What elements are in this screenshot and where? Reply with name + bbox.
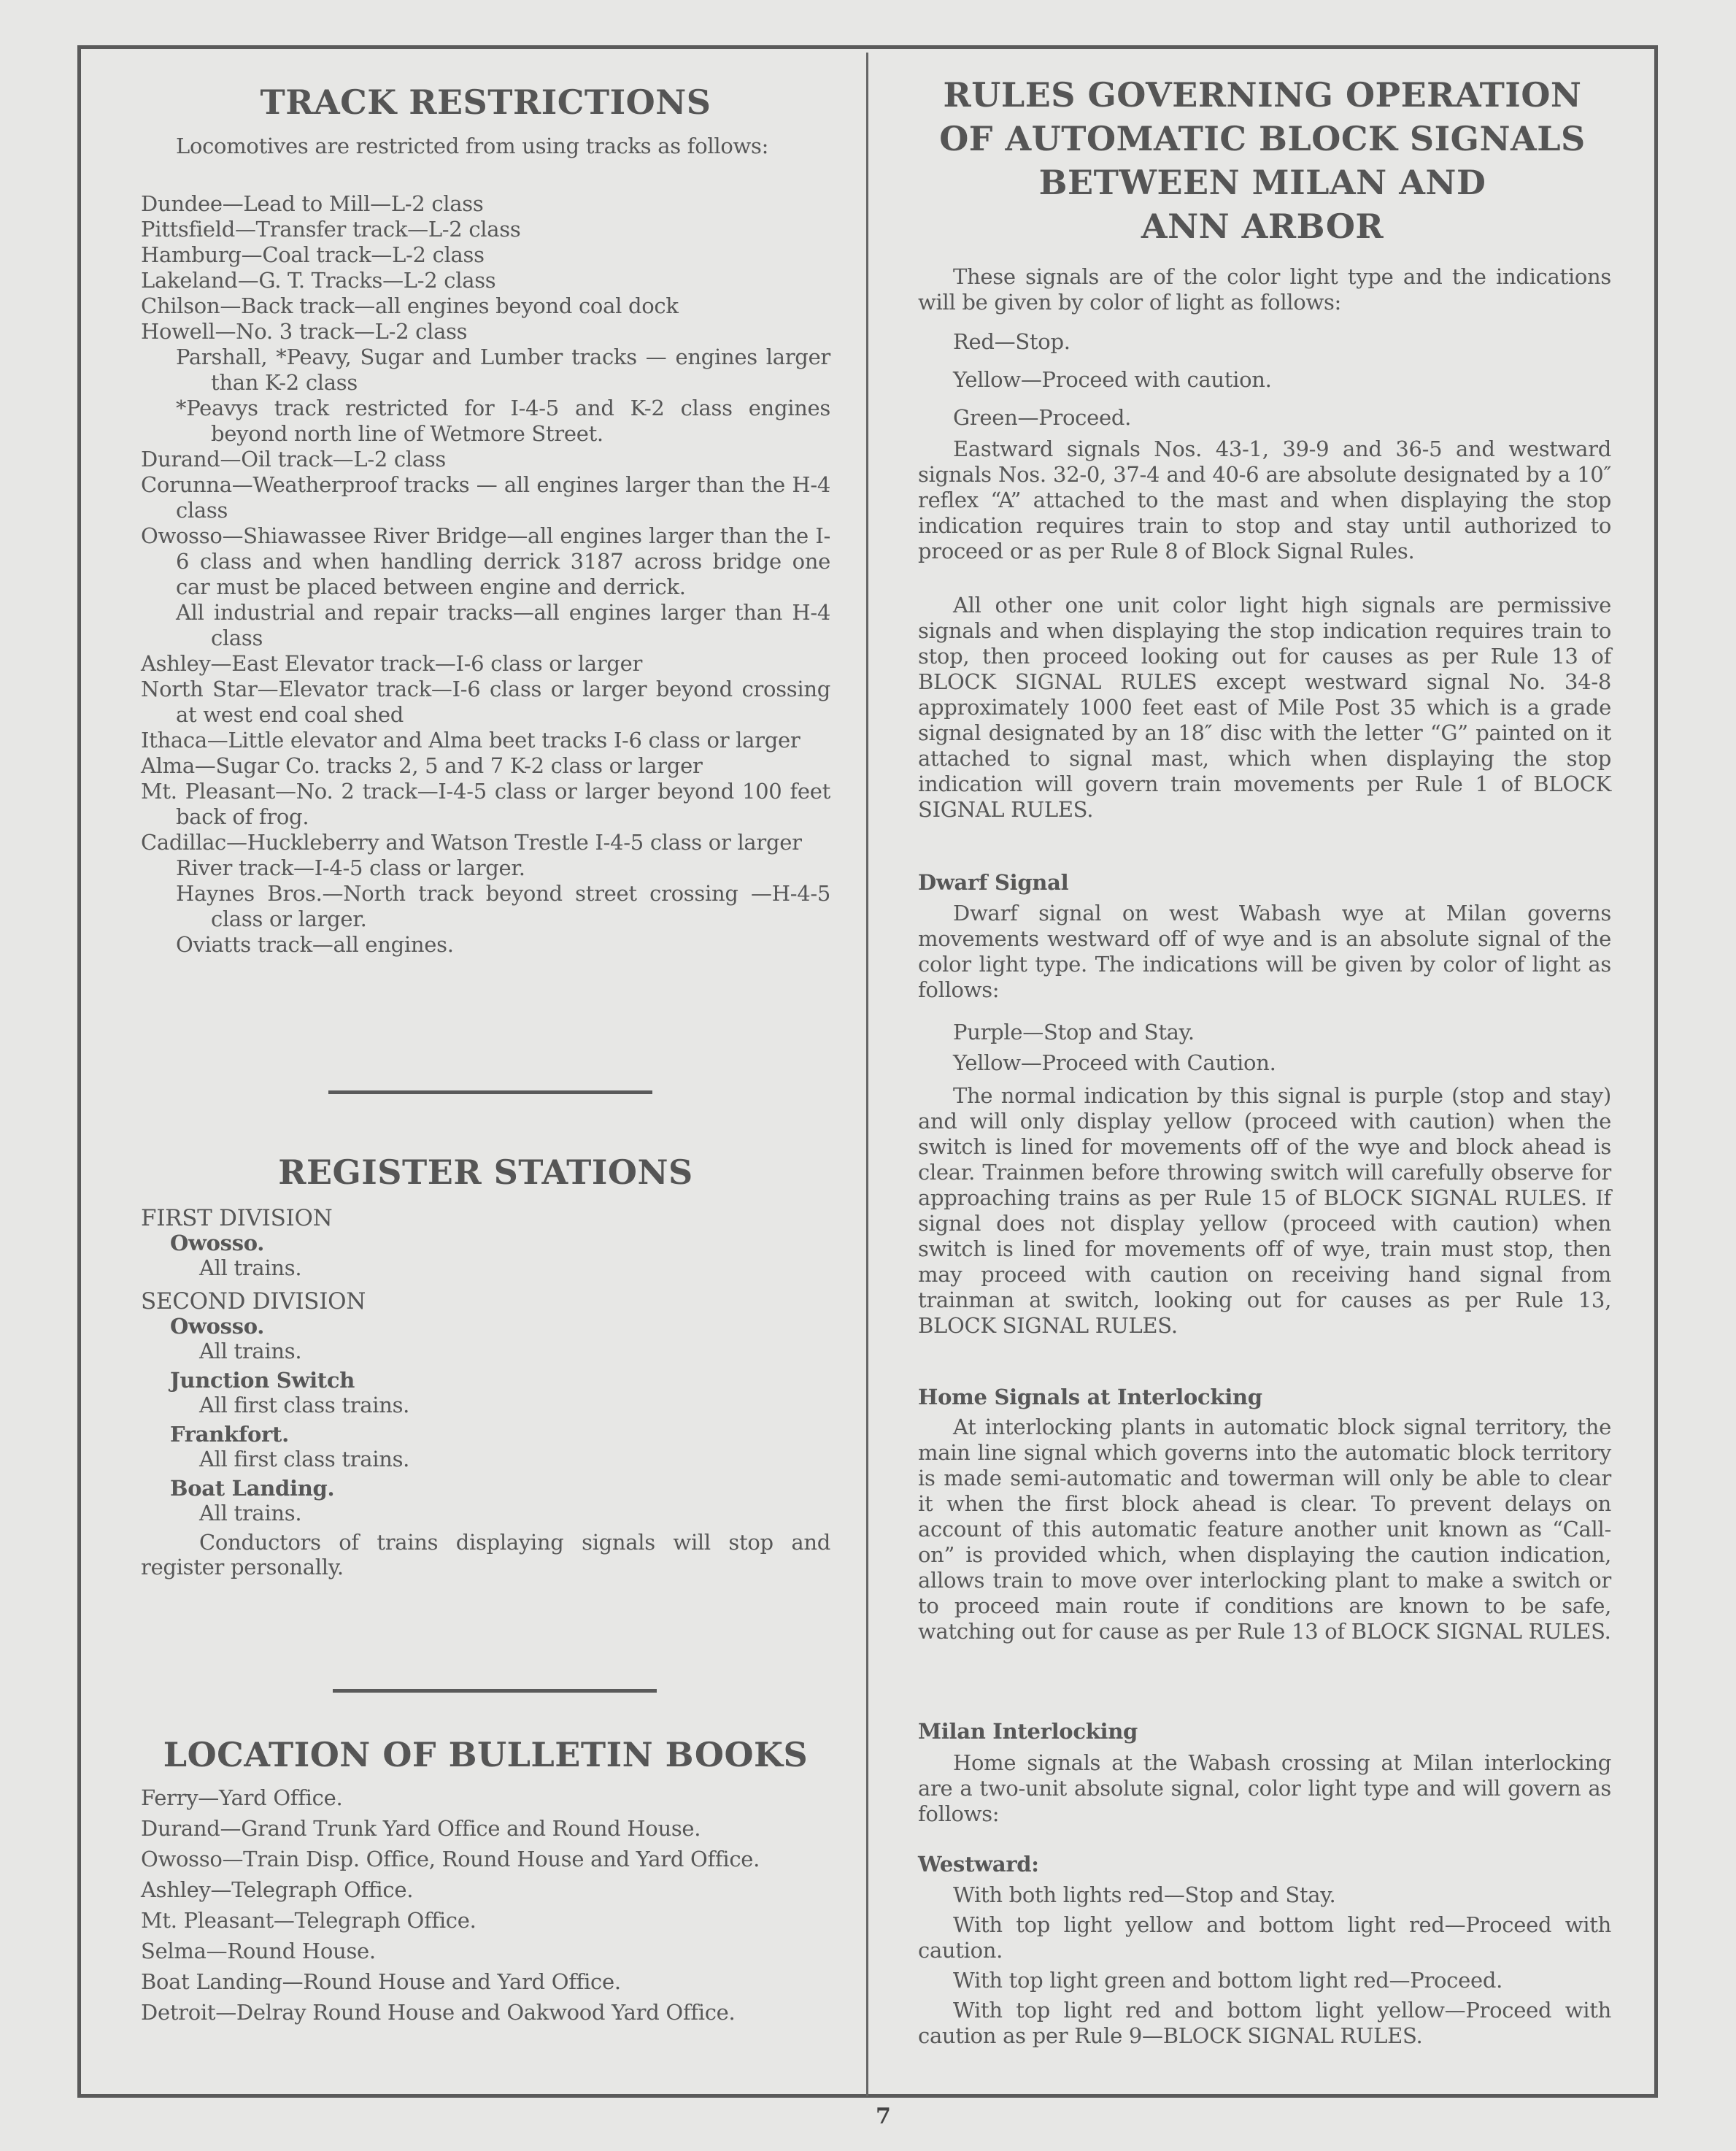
track-restriction-entry: Alma—Sugar Co. tracks 2, 5 and 7 K-2 cla…	[141, 753, 830, 779]
track-restriction-entry: Ashley—East Elevator track—I-6 class or …	[141, 651, 830, 677]
dwarf-signal-heading: Dwarf Signal	[918, 870, 1611, 896]
register-stations-title: REGISTER STATIONS	[141, 1152, 830, 1193]
station-name: Owosso.	[141, 1231, 830, 1255]
station-detail: All trains.	[141, 1501, 830, 1525]
dwarf-signal-intro: Dwarf signal on west Wabash wye at Milan…	[918, 901, 1611, 1003]
station-detail: All first class trains.	[141, 1393, 830, 1417]
bulletin-location-entry: Detroit—Delray Round House and Oakwood Y…	[141, 2000, 830, 2025]
section-divider	[328, 1090, 652, 1094]
signal-indication: Yellow—Proceed with caution.	[918, 361, 1611, 399]
track-restriction-entry: River track—I-4-5 class or larger.	[141, 855, 830, 881]
title-line: RULES GOVERNING OPERATION	[912, 73, 1613, 117]
permissive-signals-paragraph: All other one unit color light high sign…	[918, 593, 1611, 823]
track-restriction-entry: Owosso—Shiawassee River Bridge—all engin…	[141, 523, 830, 600]
bulletin-location-entry: Owosso—Train Disp. Office, Round House a…	[141, 1847, 830, 1872]
home-signals-body: At interlocking plants in automatic bloc…	[918, 1415, 1611, 1644]
track-restriction-entry: Haynes Bros.—North track beyond street c…	[141, 881, 830, 932]
eastward-signals-paragraph: Eastward signals Nos. 43-1, 39-9 and 36-…	[918, 436, 1611, 564]
station-name: Junction Switch	[141, 1368, 830, 1393]
milan-interlocking-heading: Milan Interlocking	[918, 1719, 1611, 1744]
track-restriction-entry: Mt. Pleasant—No. 2 track—I-4-5 class or …	[141, 779, 830, 830]
track-restriction-entry: Cadillac—Huckleberry and Watson Trestle …	[141, 830, 830, 855]
track-restriction-entry: *Peavys track restricted for I-4-5 and K…	[141, 396, 830, 447]
westward-indication: With top light yellow and bottom light r…	[918, 1912, 1611, 1963]
track-restriction-entry: Dundee—Lead to Mill—L-2 class	[141, 191, 830, 217]
station-name: Frankfort.	[141, 1422, 830, 1447]
westward-indication: With top light green and bottom light re…	[918, 1968, 1611, 1993]
track-restriction-entry: All industrial and repair tracks—all eng…	[141, 600, 830, 651]
home-signals-heading: Home Signals at Interlocking	[918, 1385, 1611, 1410]
westward-indication: With both lights red—Stop and Stay.	[918, 1882, 1611, 1908]
block-signals-title: RULES GOVERNING OPERATIONOF AUTOMATIC BL…	[912, 73, 1613, 248]
track-restriction-entry: Parshall, *Peavy, Sugar and Lumber track…	[141, 345, 830, 396]
track-restriction-entry: Oviatts track—all engines.	[141, 932, 830, 958]
dwarf-signal-body: The normal indication by this signal is …	[918, 1083, 1611, 1339]
track-restriction-entry: Durand—Oil track—L-2 class	[141, 447, 830, 472]
bulletin-location-entry: Selma—Round House.	[141, 1939, 830, 1964]
bulletin-location-entry: Boat Landing—Round House and Yard Office…	[141, 1969, 830, 1995]
title-line: BETWEEN MILAN AND	[912, 161, 1613, 204]
signal-indication: Red—Stop.	[918, 323, 1611, 361]
column-divider	[866, 53, 868, 2096]
bulletin-location-entry: Durand—Grand Trunk Yard Office and Round…	[141, 1816, 830, 1842]
register-note: Conductors of trains displaying signals …	[141, 1530, 830, 1579]
page-number: 7	[876, 2104, 891, 2129]
track-restrictions-list: Dundee—Lead to Mill—L-2 classPittsfield—…	[141, 191, 830, 958]
westward-indication: With top light red and bottom light yell…	[918, 1998, 1611, 2049]
station-detail: All trains.	[141, 1255, 830, 1280]
title-line: OF AUTOMATIC BLOCK SIGNALS	[912, 117, 1613, 161]
track-restriction-entry: Chilson—Back track—all engines beyond co…	[141, 293, 830, 319]
block-signals-intro: These signals are of the color light typ…	[918, 264, 1611, 315]
milan-interlocking-body: Home signals at the Wabash crossing at M…	[918, 1750, 1611, 1827]
register-stations-list: FIRST DIVISION Owosso. All trains. SECON…	[141, 1206, 830, 1579]
dwarf-indication: Yellow—Proceed with Caution.	[918, 1047, 1611, 1078]
track-restriction-entry: Lakeland—G. T. Tracks—L-2 class	[141, 268, 830, 293]
station-detail: All trains.	[141, 1339, 830, 1363]
dwarf-indications: Purple—Stop and Stay.Yellow—Proceed with…	[918, 1017, 1611, 1078]
station-detail: All first class trains.	[141, 1447, 830, 1471]
westward-heading: Westward:	[918, 1852, 1611, 1877]
bulletin-location-entry: Ashley—Telegraph Office.	[141, 1877, 830, 1903]
track-restrictions-intro: Locomotives are restricted from using tr…	[141, 134, 830, 159]
track-restriction-entry: Hamburg—Coal track—L-2 class	[141, 242, 830, 268]
bulletin-location-entry: Mt. Pleasant—Telegraph Office.	[141, 1908, 830, 1933]
track-restriction-entry: Howell—No. 3 track—L-2 class	[141, 319, 830, 345]
station-name: Boat Landing.	[141, 1476, 830, 1501]
signal-indications: Red—Stop.Yellow—Proceed with caution.Gre…	[918, 323, 1611, 436]
bulletin-books-list: Ferry—Yard Office.Durand—Grand Trunk Yar…	[141, 1785, 830, 2031]
bulletin-books-title: LOCATION OF BULLETIN BOOKS	[141, 1734, 830, 1775]
track-restriction-entry: Corunna—Weatherproof tracks — all engine…	[141, 472, 830, 523]
title-line: ANN ARBOR	[912, 204, 1613, 248]
track-restrictions-title: TRACK RESTRICTIONS	[141, 82, 830, 123]
track-restriction-entry: Pittsfield—Transfer track—L-2 class	[141, 217, 830, 242]
dwarf-indication: Purple—Stop and Stay.	[918, 1017, 1611, 1047]
track-restriction-entry: Ithaca—Little elevator and Alma beet tra…	[141, 728, 830, 753]
westward-indications: With both lights red—Stop and Stay.With …	[918, 1882, 1611, 2053]
division-heading: SECOND DIVISION	[141, 1289, 830, 1314]
section-divider	[333, 1689, 657, 1693]
division-heading: FIRST DIVISION	[141, 1206, 830, 1231]
station-name: Owosso.	[141, 1314, 830, 1339]
signal-indication: Green—Proceed.	[918, 399, 1611, 436]
bulletin-location-entry: Ferry—Yard Office.	[141, 1785, 830, 1811]
track-restriction-entry: North Star—Elevator track—I-6 class or l…	[141, 677, 830, 728]
